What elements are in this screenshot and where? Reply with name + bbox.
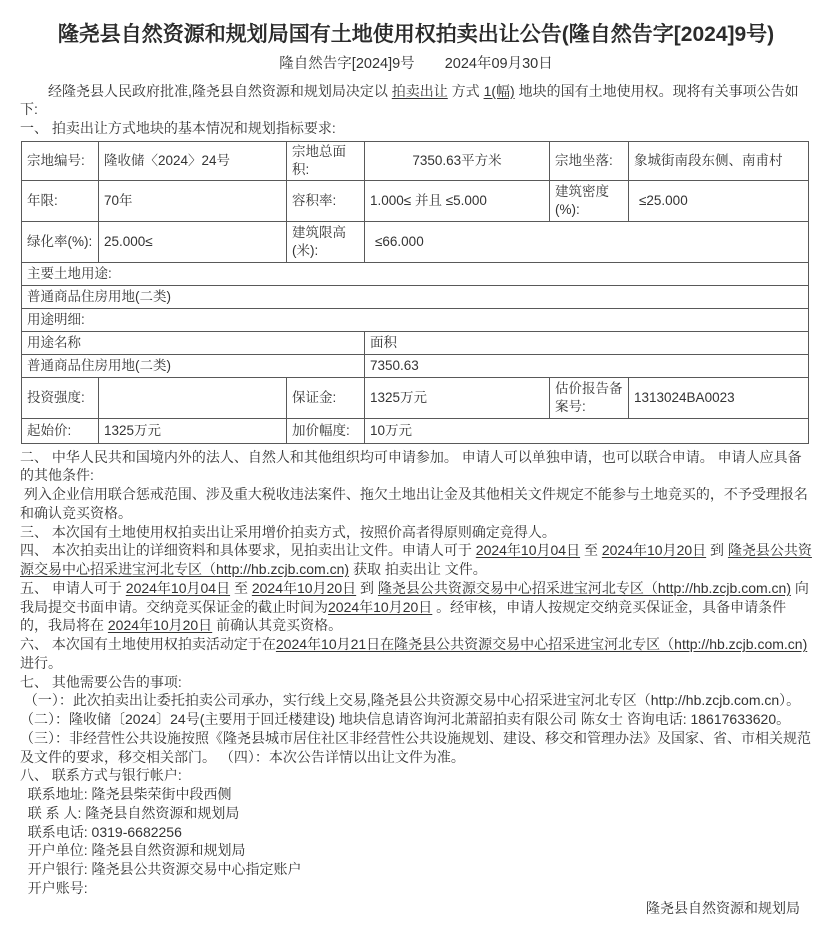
density-value: ≤25.000	[629, 180, 809, 221]
paragraph-3: 三、 本次国有土地使用权拍卖出让采用增价拍卖方式，按照价高者得原则确定竞得人。	[20, 523, 812, 542]
location-label: 宗地坐落:	[550, 141, 629, 180]
page-title: 隆尧县自然资源和规划局国有土地使用权拍卖出让公告(隆自然告字[2024]9号)	[32, 22, 800, 48]
paragraph-2: 二、 中华人民共和国境内外的法人、自然人和其他组织均可申请参加。 申请人可以单独…	[20, 448, 812, 486]
account-number-line: 开户账号:	[20, 879, 812, 898]
paragraph-7-items: （一）：此次拍卖出让委托拍卖公司承办，实行线上交易,隆尧县公共资源交易中心招采进…	[20, 691, 812, 766]
underlined-text: 2024年10月20日	[108, 617, 212, 633]
location-value: 象城街南段东侧、南甫村	[629, 141, 809, 180]
paragraph-6: 六、 本次国有土地使用权拍卖活动定于在2024年10月21日在隆尧县公共资源交易…	[20, 635, 812, 673]
appraisal-label: 估价报告备案号:	[550, 377, 629, 418]
text-run: 四、 本次拍卖出让的详细资料和具体要求，见拍卖出让文件。申请人可于	[20, 542, 476, 558]
text-run: 到	[356, 580, 378, 596]
text-run: 二、 中华人民共和国境内外的法人、自然人和其他组织均可申请参加。 申请人可以单独…	[20, 449, 802, 484]
contact-address-line: 联系地址: 隆尧县柴荣街中段西侧	[20, 785, 812, 804]
underlined-text: 1(幅)	[484, 83, 515, 99]
parcel-no-label: 宗地编号:	[22, 141, 99, 180]
text-run: 经隆尧县人民政府批准,隆尧县自然资源和规划局决定以	[48, 83, 392, 99]
underlined-text: 2024年10月04日	[126, 580, 230, 596]
far-value: 1.000≤ 并且 ≤5.000	[365, 180, 550, 221]
table-row: 投资强度: 保证金: 1325万元 估价报告备案号: 1313024BA0023	[22, 377, 809, 418]
use-area-value: 7350.63	[365, 354, 809, 377]
text-run: 方式	[448, 83, 484, 99]
text-run: 至	[230, 580, 252, 596]
table-row: 普通商品住房用地(二类) 7350.63	[22, 354, 809, 377]
start-price-value: 1325万元	[99, 418, 287, 443]
deposit-value: 1325万元	[365, 377, 550, 418]
paragraph-4: 四、 本次拍卖出让的详细资料和具体要求，见拍卖出让文件。申请人可于 2024年1…	[20, 541, 812, 579]
use-detail-label: 用途明细:	[22, 308, 809, 331]
text-run: 七、 其他需要公告的事项:	[20, 674, 182, 690]
investment-value	[99, 377, 287, 418]
underlined-text: 拍卖出让	[392, 83, 448, 99]
text-run: 前确认其竞买资格。	[212, 617, 342, 633]
table-row: 年限: 70年 容积率: 1.000≤ 并且 ≤5.000 建筑密度(%): ≤…	[22, 180, 809, 221]
paragraph-7: 七、 其他需要公告的事项:	[20, 673, 812, 692]
table-row: 用途名称 面积	[22, 331, 809, 354]
issuer-signature: 隆尧县自然资源和规划局	[20, 899, 812, 918]
investment-label: 投资强度:	[22, 377, 99, 418]
increment-value: 10万元	[365, 418, 809, 443]
underlined-text: 隆尧县公共资源交易中心招采进宝河北专区（http://hb.zcjb.com.c…	[378, 580, 791, 596]
parcel-no-value: 隆收储〈2024〉24号	[99, 141, 287, 180]
announcement-page: 隆尧县自然资源和规划局国有土地使用权拍卖出让公告(隆自然告字[2024]9号) …	[0, 0, 832, 927]
doc-date: 2024年09月30日	[445, 56, 553, 72]
text-run: 列入企业信用联合惩戒范围、涉及重大税收违法案件、拖欠土地出让金及其他相关文件规定…	[20, 486, 808, 521]
appraisal-value: 1313024BA0023	[629, 377, 809, 418]
main-use-value: 普通商品住房用地(二类)	[22, 285, 809, 308]
table-row: 普通商品住房用地(二类)	[22, 285, 809, 308]
doc-number: 隆自然告字[2024]9号	[279, 56, 414, 72]
deposit-label: 保证金:	[287, 377, 365, 418]
text-run: 五、 申请人可于	[20, 580, 126, 596]
total-area-label: 宗地总面积:	[287, 141, 365, 180]
text-run: 六、 本次国有土地使用权拍卖活动定于在	[20, 636, 276, 652]
use-area-header: 面积	[365, 331, 809, 354]
bank-line: 开户银行: 隆尧县公共资源交易中心指定账户	[20, 860, 812, 879]
term-label: 年限:	[22, 180, 99, 221]
table-row: 用途明细:	[22, 308, 809, 331]
start-price-label: 起始价:	[22, 418, 99, 443]
term-value: 70年	[99, 180, 287, 221]
use-name-header: 用途名称	[22, 331, 365, 354]
doc-meta-line: 隆自然告字[2024]9号2024年09月30日	[20, 55, 812, 74]
text-run: 至	[580, 542, 602, 558]
contact-person-line: 联 系 人: 隆尧县自然资源和规划局	[20, 804, 812, 823]
height-limit-label: 建筑限高(米):	[287, 221, 365, 262]
text-run: 到	[706, 542, 728, 558]
underlined-text: 2024年10月04日	[476, 542, 580, 558]
table-row: 绿化率(%): 25.000≤ 建筑限高(米): ≤66.000	[22, 221, 809, 262]
table-row: 宗地编号: 隆收储〈2024〉24号 宗地总面积: 7350.63平方米 宗地坐…	[22, 141, 809, 180]
far-label: 容积率:	[287, 180, 365, 221]
paragraph-8: 八、 联系方式与银行帐户:	[20, 766, 812, 785]
underlined-text: 2024年10月21日在隆尧县公共资源交易中心招采进宝河北专区（http://h…	[276, 636, 807, 652]
green-rate-value: 25.000≤	[99, 221, 287, 262]
land-info-table: 宗地编号: 隆收储〈2024〉24号 宗地总面积: 7350.63平方米 宗地坐…	[21, 141, 809, 444]
main-use-label: 主要土地用途:	[22, 262, 809, 285]
green-rate-label: 绿化率(%):	[22, 221, 99, 262]
account-holder-line: 开户单位: 隆尧县自然资源和规划局	[20, 841, 812, 860]
use-name-value: 普通商品住房用地(二类)	[22, 354, 365, 377]
text-run: 获取 拍卖出让 文件。	[349, 561, 487, 577]
text-run: （一）：此次拍卖出让委托拍卖公司承办，实行线上交易,隆尧县公共资源交易中心招采进…	[20, 692, 811, 764]
text-run: 三、 本次国有土地使用权拍卖出让采用增价拍卖方式，按照价高者得原则确定竞得人。	[20, 524, 556, 540]
text-run: 八、 联系方式与银行帐户:	[20, 767, 182, 783]
underlined-text: 2024年10月20日	[328, 599, 432, 615]
total-area-value: 7350.63平方米	[365, 141, 550, 180]
contact-phone-line: 联系电话: 0319-6682256	[20, 823, 812, 842]
increment-label: 加价幅度:	[287, 418, 365, 443]
underlined-text: 2024年10月20日	[602, 542, 706, 558]
table-row: 起始价: 1325万元 加价幅度: 10万元	[22, 418, 809, 443]
height-limit-value: ≤66.000	[365, 221, 809, 262]
underlined-text: 2024年10月20日	[252, 580, 356, 596]
paragraph-5: 五、 申请人可于 2024年10月04日 至 2024年10月20日 到 隆尧县…	[20, 579, 812, 635]
section-1-heading: 一、 拍卖出让方式地块的基本情况和规划指标要求:	[20, 119, 812, 138]
intro-paragraph: 经隆尧县人民政府批准,隆尧县自然资源和规划局决定以 拍卖出让 方式 1(幅) 地…	[20, 82, 812, 120]
table-row: 主要土地用途:	[22, 262, 809, 285]
density-label: 建筑密度(%):	[550, 180, 629, 221]
paragraph-2-conditions: 列入企业信用联合惩戒范围、涉及重大税收违法案件、拖欠土地出让金及其他相关文件规定…	[20, 485, 812, 523]
